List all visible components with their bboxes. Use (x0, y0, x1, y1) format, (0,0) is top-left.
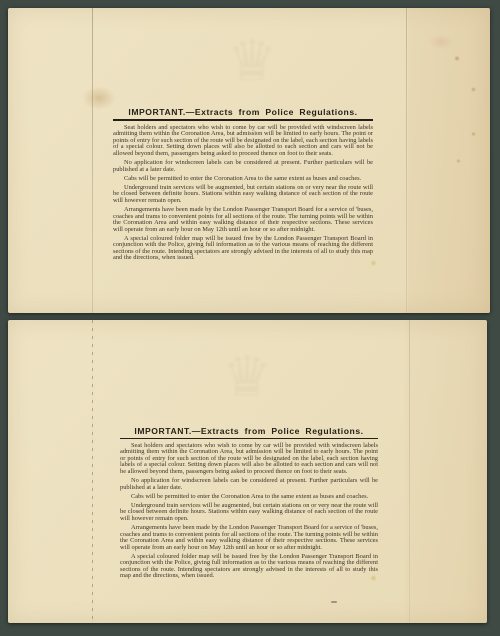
paper-stain (456, 159, 461, 163)
notice-paragraph: No application for windscreen labels can… (113, 160, 373, 173)
paper-stain (428, 34, 454, 50)
paper-stain (82, 86, 116, 110)
paper-panel-shading (405, 320, 487, 623)
notice-paragraph: Underground train services will be augme… (120, 503, 378, 522)
notice-card-top: ♛ IMPORTANT.—Extracts from Police Regula… (8, 8, 490, 313)
notice-paragraph: Cabs will be permitted to enter the Coro… (113, 176, 373, 182)
fold-crease-right (409, 320, 410, 623)
notice-paragraph: Arrangements have been made by the Londo… (113, 207, 373, 233)
fold-crease-left (92, 8, 93, 313)
notice-card-bottom: ♛ IMPORTANT.—Extracts from Police Regula… (8, 320, 487, 623)
notice-content: IMPORTANT.—Extracts from Police Regulati… (120, 426, 378, 582)
notice-paragraph: Underground train services will be augme… (113, 185, 373, 204)
notice-paragraph: Arrangements have been made by the Londo… (120, 525, 378, 551)
notice-paragraph: Seat holders and spectators who wish to … (113, 125, 373, 157)
notice-paragraph: Seat holders and spectators who wish to … (120, 443, 378, 475)
notice-paragraph: A special coloured folder map will be is… (120, 554, 378, 580)
paper-stain (471, 87, 476, 92)
fold-crease-left (92, 320, 93, 623)
paper-panel-shading (408, 8, 490, 313)
paper-stain (471, 132, 476, 136)
notice-heading: IMPORTANT.—Extracts from Police Regulati… (113, 107, 373, 121)
crown-emboss-icon: ♛ (227, 34, 277, 90)
pencil-mark (331, 601, 337, 603)
crown-emboss-icon: ♛ (222, 350, 272, 406)
scan-background: ♛ IMPORTANT.—Extracts from Police Regula… (0, 0, 500, 636)
fold-crease-right (406, 8, 407, 313)
notice-content: IMPORTANT.—Extracts from Police Regulati… (113, 107, 373, 264)
paper-stain (454, 56, 460, 61)
notice-paragraph: A special coloured folder map will be is… (113, 236, 373, 262)
notice-paragraph: No application for windscreen labels can… (120, 478, 378, 491)
notice-paragraph: Cabs will be permitted to enter the Coro… (120, 494, 378, 500)
notice-heading: IMPORTANT.—Extracts from Police Regulati… (120, 426, 378, 439)
